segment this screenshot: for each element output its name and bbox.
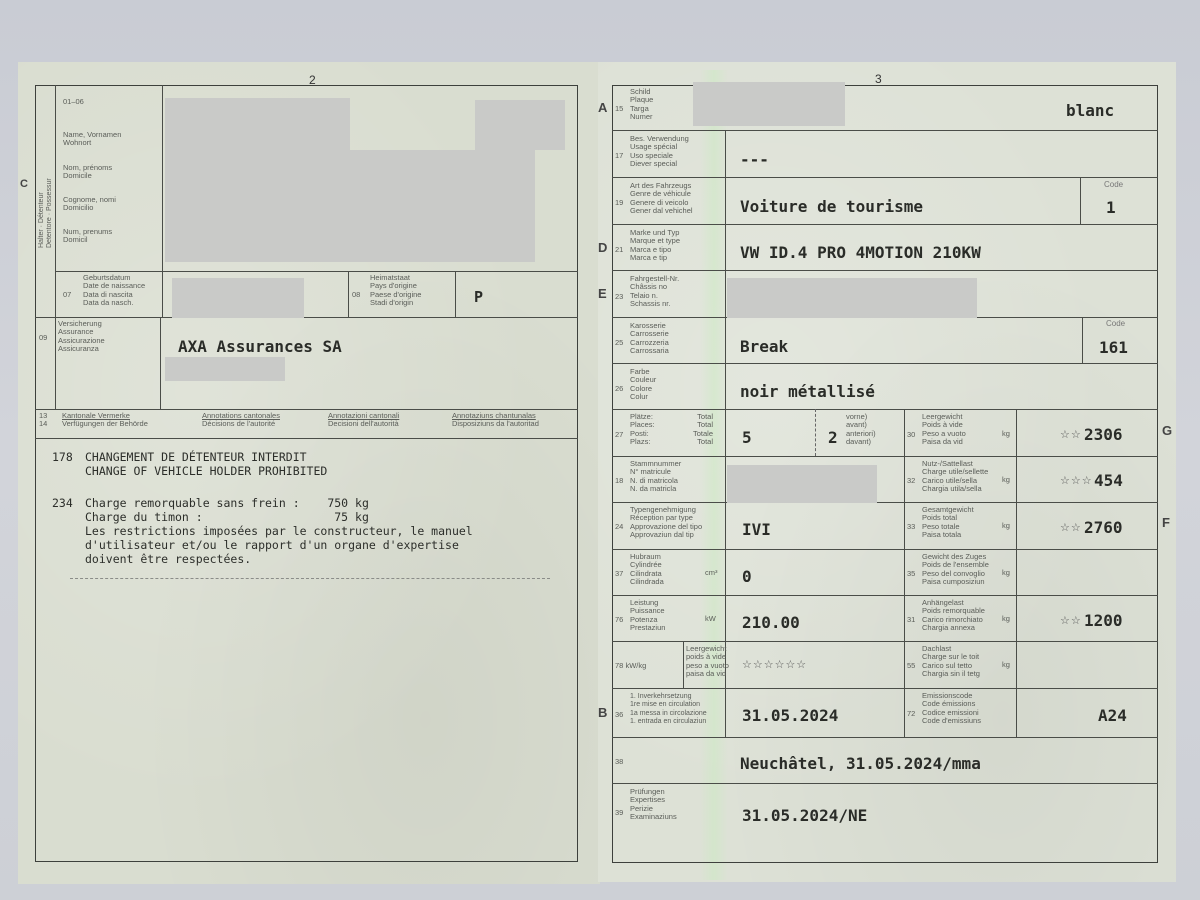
vehicle-type-field-number: 19 <box>615 198 623 207</box>
weight-payload-value: 454 <box>1094 471 1123 490</box>
type-approval-value: IVI <box>742 520 771 539</box>
weight-roof-label: DachlastCharge sur le toitCarico sul tet… <box>922 645 980 679</box>
type-approval-field-number: 24 <box>615 522 623 531</box>
power-label: LeistungPuissancePotenzaPrestaziun <box>630 599 665 633</box>
holder-extra-redacted <box>475 100 565 150</box>
seats-front-label: vorne)avant)anteriori)davant) <box>846 413 876 447</box>
insurance-sub-redacted <box>165 357 285 381</box>
annotation-178-text: CHANGEMENT DE DÉTENTEUR INTERDITCHANGE O… <box>85 450 327 478</box>
side-letter-g: G <box>1162 423 1172 438</box>
holder-label-de: Name, VornamenWohnort <box>63 131 121 148</box>
vehicle-type-label: Art des FahrzeugsGenre de véhiculeGenere… <box>630 182 693 216</box>
color-value: noir métallisé <box>740 382 875 401</box>
type-approval-label: TypengenehmigungRéception par typeApprov… <box>630 506 702 540</box>
emission-code-label: EmissionscodeCode émissionsCodice emissi… <box>922 692 981 726</box>
body-code: 161 <box>1099 338 1128 357</box>
weight-payload-stars: ☆☆☆ <box>1060 474 1093 487</box>
emission-code-field-number: 72 <box>907 709 915 718</box>
holder-field-number: 01–06 <box>63 98 84 106</box>
special-use-field-number: 17 <box>615 151 623 160</box>
power-field-number: 76 <box>615 615 623 624</box>
seats-total-label: TotalTotalTotaleTotal <box>693 413 713 447</box>
birthdate-field-number: 07 <box>63 290 71 299</box>
vehicle-type-value: Voiture de tourisme <box>740 197 923 216</box>
weight-empty-label: LeergewichtPoids à videPeso a vuotoPaisa… <box>922 413 966 447</box>
weight-empty-value: 2306 <box>1084 425 1123 444</box>
side-letter-d: D <box>598 240 607 255</box>
body-code-label: Code <box>1106 319 1125 328</box>
page-number-right: 3 <box>875 72 882 86</box>
insurance-field-number: 09 <box>39 333 47 342</box>
weight-total-unit: kg <box>1002 522 1010 530</box>
make-model-field-number: 21 <box>615 245 623 254</box>
weight-towing-label: AnhängelastPoids remorquableCarico rimor… <box>922 599 985 633</box>
body-label: KarosserieCarrosserieCarrozzeriaCarrossa… <box>630 322 669 356</box>
weight-empty-stars: ☆☆ <box>1060 428 1082 441</box>
power-value: 210.00 <box>742 613 800 632</box>
origin-value: P <box>474 288 483 306</box>
weight-payload-field-number: 32 <box>907 476 915 485</box>
displacement-label: HubraumCylindréeCilindrataCilindrada <box>630 553 664 587</box>
special-use-label: Bes. VerwendungUsage spécialUso speciale… <box>630 135 689 169</box>
displacement-unit: cm³ <box>705 569 718 577</box>
displacement-value: 0 <box>742 567 752 586</box>
plate-field-number: 15 <box>615 104 623 113</box>
insurance-value: AXA Assurances SA <box>178 337 342 356</box>
vehicle-type-code: 1 <box>1106 198 1116 217</box>
origin-label: HeimatstaatPays d'originePaese d'origine… <box>370 274 421 308</box>
emission-code-value: A24 <box>1098 706 1127 725</box>
power-weight-label: Leergewichtpoids à videpeso a vuotopaisa… <box>686 645 729 679</box>
displacement-field-number: 37 <box>615 569 623 578</box>
weight-total-field-number: 33 <box>907 522 915 531</box>
weight-towing-field-number: 31 <box>907 615 915 624</box>
body-field-number: 25 <box>615 338 623 347</box>
inspections-field-number: 39 <box>615 808 623 817</box>
weight-combination-label: Gewicht des ZugesPoids de l'ensemblePeso… <box>922 553 989 587</box>
matricule-field-number: 18 <box>615 476 623 485</box>
power-weight-value: ☆☆☆☆☆☆ <box>742 658 807 671</box>
annotation-234-code: 234 <box>52 496 73 510</box>
first-registration-value: 31.05.2024 <box>742 706 838 725</box>
weight-empty-field-number: 30 <box>907 430 915 439</box>
weight-roof-field-number: 55 <box>907 661 915 670</box>
annotation-end-dashes <box>70 578 550 579</box>
chassis-field-number: 23 <box>615 292 623 301</box>
plate-color-value: blanc <box>1066 101 1114 120</box>
weight-payload-unit: kg <box>1002 476 1010 484</box>
plate-label: SchildPlaqueTargaNumer <box>630 88 653 122</box>
annotations-header-it: Annotazioni cantonaliDecisioni dell'auto… <box>328 412 399 429</box>
power-unit: kW <box>705 615 716 623</box>
side-letter-b: B <box>598 705 607 720</box>
holder-address-redacted <box>165 150 535 262</box>
holder-label-fr: Nom, prénomsDomicile <box>63 164 112 181</box>
holder-label-it: Cognome, nomiDomicilio <box>63 196 116 213</box>
birthdate-redacted <box>172 278 304 318</box>
color-field-number: 26 <box>615 384 623 393</box>
seats-front-value: 2 <box>828 428 838 447</box>
plate-number-redacted <box>693 82 845 126</box>
side-letter-c: C <box>20 178 28 190</box>
weight-total-stars: ☆☆ <box>1060 521 1082 534</box>
seats-total-value: 5 <box>742 428 752 447</box>
weight-towing-unit: kg <box>1002 615 1010 623</box>
annotation-178-code: 178 <box>52 450 73 464</box>
weight-combination-field-number: 35 <box>907 569 915 578</box>
annotations-header-fr: Annotations cantonalesDécisions de l'aut… <box>202 412 280 429</box>
annotation-234-text: Charge remorquable sans frein : 750 kgCh… <box>85 496 473 566</box>
holder-label-rm: Num, prenumsDomicil <box>63 228 112 245</box>
chassis-label: Fahrgestell-Nr.Châssis noTelaio n.Schass… <box>630 275 679 309</box>
inspections-value: 31.05.2024/NE <box>742 806 867 825</box>
weight-payload-label: Nutz-/SattellastCharge utile/selletteCar… <box>922 460 988 494</box>
special-use-value: --- <box>740 150 769 169</box>
place-date-value: Neuchâtel, 31.05.2024/mma <box>740 754 981 773</box>
side-letter-f: F <box>1162 515 1170 530</box>
origin-field-number: 08 <box>352 290 360 299</box>
weight-towing-stars: ☆☆ <box>1060 614 1082 627</box>
weight-towing-value: 1200 <box>1084 611 1123 630</box>
matricule-redacted <box>727 465 877 503</box>
side-letter-a: A <box>598 100 607 115</box>
first-registration-label: 1. Inverkehrsetzung1re mise en circulati… <box>630 693 707 727</box>
place-date-field-number: 38 <box>615 757 623 766</box>
weight-total-value: 2760 <box>1084 518 1123 537</box>
matricule-label: StammnummerN° matriculeN. di matricolaN.… <box>630 460 681 494</box>
holder-vertical-label: Halter · Détenteur <box>38 192 46 248</box>
annotations-header-rm: Annotaziuns chantunalasDisposiziuns da l… <box>452 412 539 429</box>
chassis-number-redacted <box>727 278 977 318</box>
birthdate-label: GeburtsdatumDate de naissanceData di nas… <box>83 274 145 308</box>
body-value: Break <box>740 337 788 356</box>
vehicle-type-code-label: Code <box>1104 180 1123 189</box>
make-model-value: VW ID.4 PRO 4MOTION 210KW <box>740 243 981 262</box>
holder-vertical-label-2: Detentore · Possessur <box>46 178 54 248</box>
side-letter-e: E <box>598 286 607 301</box>
seats-field-number: 27 <box>615 430 623 439</box>
first-registration-field-number: 36 <box>615 710 623 719</box>
make-model-label: Marke und TypMarque et typeMarca e tipoM… <box>630 229 680 263</box>
insurance-label: VersicherungAssuranceAssicurazioneAssicu… <box>58 320 105 354</box>
seats-label: Plätze:Places:Posti:Plazs: <box>630 413 655 447</box>
annotations-field-numbers: 1314 <box>39 412 47 429</box>
weight-combination-unit: kg <box>1002 569 1010 577</box>
weight-empty-unit: kg <box>1002 430 1010 438</box>
weight-total-label: GesamtgewichtPoids totalPeso totalePaisa… <box>922 506 974 540</box>
annotations-header-de: Kantonale VermerkeVerfügungen der Behörd… <box>62 412 148 429</box>
color-label: FarbeCouleurColoreColur <box>630 368 656 402</box>
weight-roof-unit: kg <box>1002 661 1010 669</box>
power-weight-field-number: 78 kW/kg <box>615 661 646 670</box>
inspections-label: PrüfungenExpertisesPerizieExaminaziuns <box>630 788 677 822</box>
